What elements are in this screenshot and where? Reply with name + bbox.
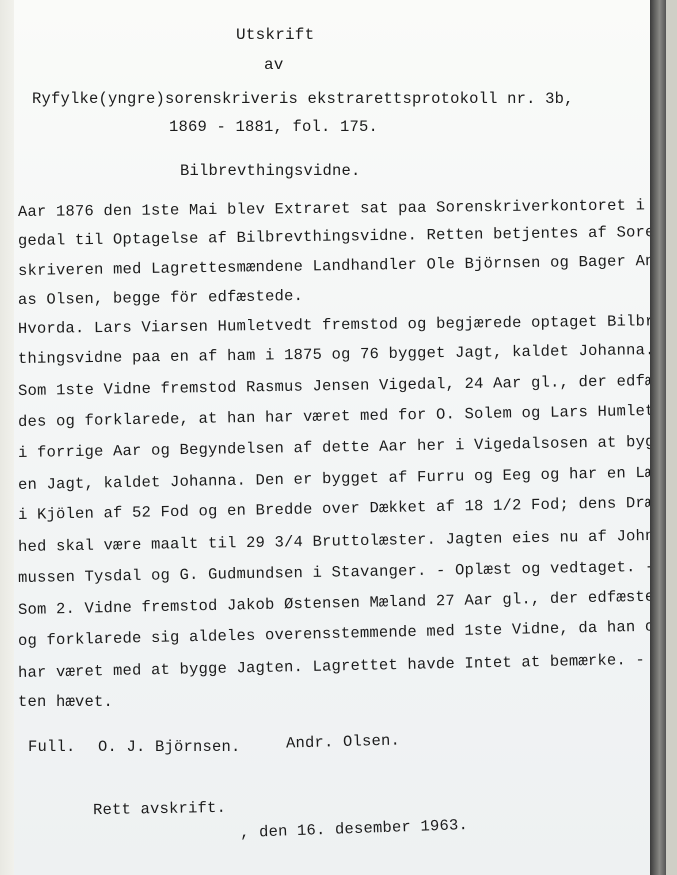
- signature-bjornsen: O. J. Björnsen.: [98, 738, 241, 756]
- body-line: Aar 1876 den 1ste Mai blev Extraret sat …: [18, 196, 677, 221]
- protocol-range: 1869 - 1881, fol. 175.: [169, 118, 378, 136]
- right-margin: [666, 0, 677, 875]
- title-of: av: [264, 56, 284, 74]
- body-line: ten hævet.: [18, 693, 113, 711]
- signature-olsen: Andr. Olsen.: [286, 732, 400, 753]
- source-protocol: Ryfylke(yngre)sorenskriveris ekstraretts…: [32, 90, 574, 108]
- signature-label: Full.: [28, 738, 76, 756]
- body-line: as Olsen, begge för edfæstede.: [18, 287, 303, 309]
- body-line: thingsvidne paa en af ham i 1875 og 76 b…: [18, 341, 674, 368]
- left-page-edge: [0, 0, 15, 875]
- certification-text: Rett avskrift.: [93, 799, 226, 819]
- body-line: har været med at bygge Jagten. Lagrettet…: [18, 650, 677, 682]
- body-line: mussen Tysdal og G. Gudmundsen i Stavang…: [18, 558, 655, 587]
- document-subject: Bilbrevthingsvidne.: [180, 162, 361, 180]
- body-line: Som 2. Vidne fremstod Jakob Østensen Mæl…: [18, 587, 677, 619]
- body-line: i Kjölen af 52 Fod og en Bredde over Dæk…: [18, 493, 677, 524]
- body-line: des og forklarede, at han har været med …: [18, 401, 677, 431]
- document-title: Utskrift: [236, 26, 314, 44]
- body-line: i forrige Aar og Begyndelsen af dette Aa…: [18, 433, 674, 462]
- document-page: Utskrift av Ryfylke(yngre)sorenskriveris…: [14, 0, 650, 875]
- body-line: en Jagt, kaldet Johanna. Den er bygget a…: [18, 463, 677, 494]
- certification-date: , den 16. desember 1963.: [240, 816, 469, 842]
- body-line: skriveren med Lagrettesmændene Landhandl…: [18, 251, 677, 280]
- body-line: Som 1ste Vidne fremstod Rasmus Jensen Vi…: [18, 371, 677, 400]
- body-line: hed skal være maalt til 29 3/4 Bruttolæs…: [18, 526, 677, 556]
- body-line: og forklarede sig aldeles overensstemmen…: [18, 617, 677, 650]
- body-line: Hvorda. Lars Viarsen Humletvedt fremstod…: [18, 312, 677, 338]
- body-line: gedal til Optagelse af Bilbrevthingsvidn…: [18, 223, 674, 250]
- binder-edge: [650, 0, 666, 875]
